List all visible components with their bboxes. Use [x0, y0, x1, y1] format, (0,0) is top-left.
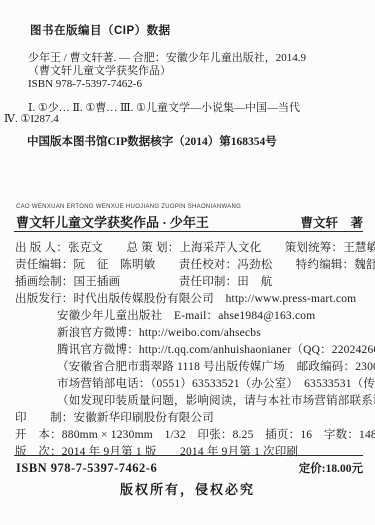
cip-record-block: 少年王 / 曹文轩著. — 合肥：安徽少年儿童出版社，2014.9 （曹文轩儿童…: [28, 52, 306, 91]
colophon-line: 版 次：2014 年 9月第 1 版 2014 年 9月第 1 次印刷: [15, 443, 298, 459]
copyright-notice: 版权所有，侵权必究: [0, 479, 375, 498]
series-title: 曹文轩儿童文学获奖作品 · 少年王: [16, 212, 209, 231]
colophon-line: 开 本：880mm × 1230mm 1/32 印张：8.25 插页：16 字数…: [15, 426, 375, 442]
series-title-pinyin: CAO WENXUAN ERTONG WENXUE HUOJIANG ZUOPI…: [16, 204, 241, 210]
price-label: 定价:18.00元: [299, 460, 363, 476]
colophon-line: （如发现印装质量问题，影响阅读，请与本社市场营销部联系调换）: [57, 392, 375, 408]
colophon-line: 市场营销部电话：（0551）63533521（办公室） 63533531（传真）: [57, 375, 375, 391]
cip-record-line: 少年王 / 曹文轩著. — 合肥：安徽少年儿童出版社，2014.9: [28, 52, 306, 65]
colophon-line: 腾讯官方微博：http://t.qq.com/anhuishaonianer（Q…: [57, 341, 375, 357]
cip-record-line: （曹文轩儿童文学获奖作品）: [28, 65, 306, 78]
cip-record-line: ISBN 978-7-5397-7462-6: [28, 78, 306, 91]
colophon-line: 出 版 人：张克文 总 策 划：上海采芹人文化 策划统筹：王慧敏 阮 征: [15, 239, 375, 255]
title-row: 曹文轩儿童文学获奖作品 · 少年王 曹文轩 著: [16, 212, 363, 231]
colophon-line: 新浪官方微博：http://weibo.com/ahsecbs: [57, 324, 261, 340]
colophon-line: 责任编辑：阮 征 陈明敏 责任校对：冯劲松 特约编辑：魏舒婷: [15, 256, 375, 272]
cip-classification-line: Ⅰ. ①少… Ⅱ. ①曹… Ⅲ. ①儿童文学—小说集—中国—当代: [28, 99, 300, 115]
colophon-line: 安徽少年儿童出版社 E-mail：ahse1984@163.com: [57, 307, 315, 323]
divider-rule-bottom: [14, 455, 363, 456]
isbn-number: ISBN 978-7-5397-7462-6: [16, 461, 157, 476]
colophon-line: 印 制：安徽新华印刷股份有限公司: [15, 409, 214, 425]
copyright-page: 图书在版编目（CIP）数据 少年王 / 曹文轩著. — 合肥：安徽少年儿童出版社…: [0, 0, 375, 525]
colophon-line: （安徽省合肥市翡翠路 1118 号出版传媒广场 邮政编码：230071）: [57, 358, 375, 374]
cip-registry-number: 中国版本图书馆CIP数据核字（2014）第168354号: [27, 133, 277, 149]
divider-rule-top: [14, 231, 363, 232]
colophon-line: 出版发行：时代出版传媒股份有限公司 http://www.press-mart.…: [15, 290, 356, 306]
isbn-price-row: ISBN 978-7-5397-7462-6 定价:18.00元: [16, 460, 363, 476]
cip-classification-line: Ⅳ. ①I287.4: [4, 112, 59, 125]
author-name: 曹文轩 著: [300, 213, 363, 231]
cip-heading: 图书在版编目（CIP）数据: [30, 22, 171, 38]
colophon-line: 插画绘制：国王插画 责任印制：田 航: [15, 273, 272, 289]
